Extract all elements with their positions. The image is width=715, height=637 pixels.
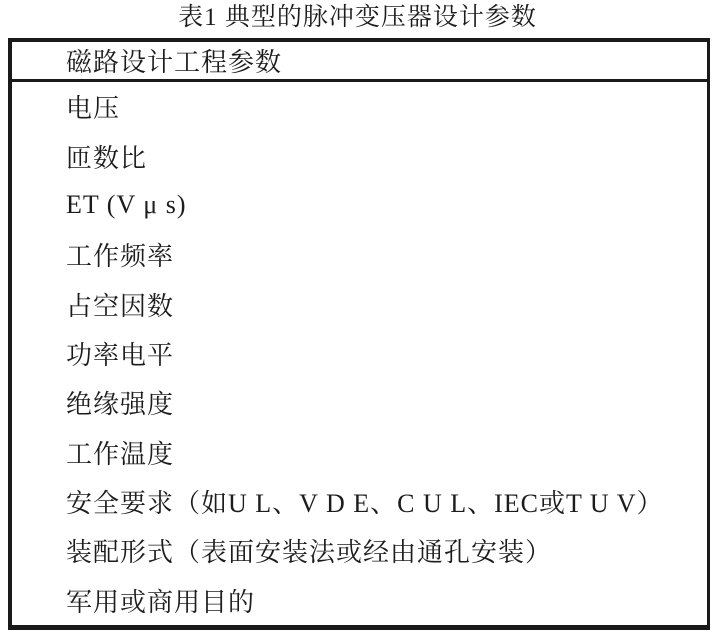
- row-label: 工作频率: [66, 236, 174, 273]
- table-header-label: 磁路设计工程参数: [66, 42, 282, 79]
- table-row: 军用或商用目的: [12, 576, 707, 625]
- table-title: 表1 典型的脉冲变压器设计参数: [0, 0, 715, 38]
- table-body: 电压 匝数比 ET (V μ s) 工作频率 占空因数 功率电平 绝缘强度 工作…: [12, 82, 707, 625]
- row-label: 占空因数: [66, 286, 174, 323]
- row-label: 安全要求（如U L、V D E、C U L、IEC或T U V）: [66, 483, 664, 520]
- table-row: 绝缘强度: [12, 378, 707, 427]
- table-row: ET (V μ s): [12, 181, 707, 230]
- row-label: 电压: [66, 88, 120, 125]
- parameters-table: 磁路设计工程参数 电压 匝数比 ET (V μ s) 工作频率 占空因数 功率电…: [8, 38, 710, 630]
- table-header-row: 磁路设计工程参数: [12, 42, 707, 82]
- table-row: 安全要求（如U L、V D E、C U L、IEC或T U V）: [12, 477, 707, 526]
- row-label: 装配形式（表面安装法或经由通孔安装）: [66, 532, 552, 569]
- table-row: 功率电平: [12, 329, 707, 378]
- table-row: 工作频率: [12, 230, 707, 279]
- table-row: 电压: [12, 82, 707, 131]
- row-label: 匝数比: [66, 138, 147, 175]
- row-label: 功率电平: [66, 335, 174, 372]
- row-label: 绝缘强度: [66, 384, 174, 421]
- table-row: 匝数比: [12, 131, 707, 180]
- row-label: 工作温度: [66, 434, 174, 471]
- table-row: 工作温度: [12, 428, 707, 477]
- table-row: 占空因数: [12, 279, 707, 328]
- row-label: 军用或商用目的: [66, 582, 255, 619]
- table-row: 装配形式（表面安装法或经由通孔安装）: [12, 526, 707, 575]
- row-label: ET (V μ s): [66, 190, 186, 220]
- document-page: 表1 典型的脉冲变压器设计参数 磁路设计工程参数 电压 匝数比 ET (V μ …: [0, 0, 715, 637]
